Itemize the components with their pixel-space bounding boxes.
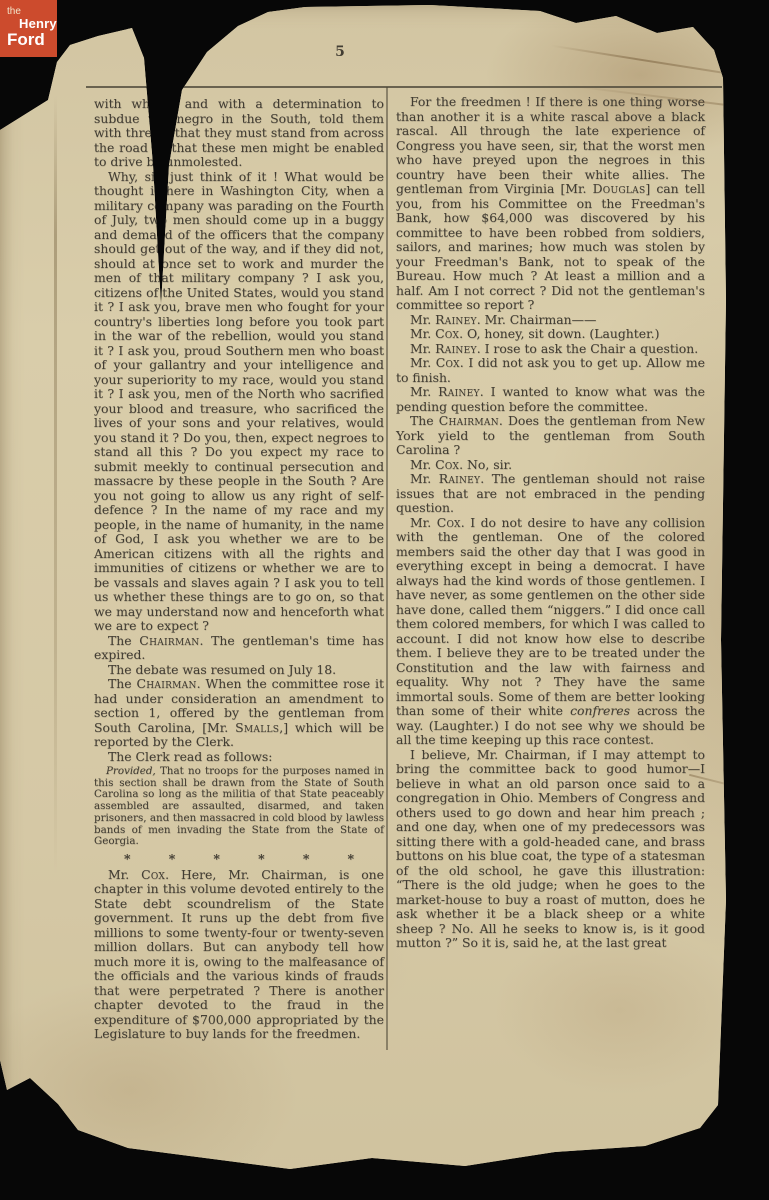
para-for-freedmen: For the freedmen ! If there is one thing… [396, 95, 705, 313]
scan-background: { "colors": { "background": "#070707", "… [0, 0, 769, 1200]
para-rainey-issues: Mr. Rainey. The gentleman should not rai… [396, 472, 705, 516]
para-provided: Provided, That no troops for the purpose… [94, 766, 384, 848]
para-cox-honey: Mr. Cox. O, honey, sit down. (Laughter.) [396, 327, 705, 342]
document-page: 5 with whisky and with a determination t… [0, 0, 769, 1200]
para-parson: I believe, Mr. Chairman, if I may attemp… [396, 748, 705, 951]
logo-text-ford: Ford [7, 31, 57, 49]
henry-ford-logo: the Henry Ford [0, 0, 57, 57]
stars-separator: ****** [94, 853, 384, 865]
para-rainey-rose: Mr. Rainey. I rose to ask the Chair a qu… [396, 342, 705, 357]
para-chairman-yield: The Chairman. Does the gentleman from Ne… [396, 414, 705, 458]
column-divider-rule [386, 87, 388, 1050]
para-rainey-chairman: Mr. Rainey. Mr. Chairman—— [396, 313, 705, 328]
para-cox-chapter: Mr. Cox. Here, Mr. Chairman, is one chap… [94, 868, 384, 1042]
para-chairman-time: The Chairman. The gentleman's time has e… [94, 634, 384, 663]
para-cox-collision: Mr. Cox. I do not desire to have any col… [396, 516, 705, 748]
para-rainey-pending: Mr. Rainey. I wanted to know what was th… [396, 385, 705, 414]
header-rule [86, 86, 722, 88]
para-continuation: with whisky and with a determination to … [94, 97, 384, 170]
page-number: 5 [320, 44, 360, 60]
para-debate-resumed: The debate was resumed on July 18. [94, 663, 384, 678]
right-column: For the freedmen ! If there is one thing… [396, 95, 705, 951]
para-why-sir: Why, sir, just think of it ! What would … [94, 170, 384, 634]
paper-fold-crease-left [54, 95, 57, 875]
para-chairman-committee: The Chairman. When the committee rose it… [94, 677, 384, 750]
para-cox-no-sir: Mr. Cox. No, sir. [396, 458, 705, 473]
para-clerk-read: The Clerk read as follows: [94, 750, 384, 765]
para-cox-getup: Mr. Cox. I did not ask you to get up. Al… [396, 356, 705, 385]
left-column: with whisky and with a determination to … [94, 97, 384, 1042]
logo-text-henry: Henry [19, 17, 57, 31]
paper-fold-crease-top-right [551, 45, 721, 74]
